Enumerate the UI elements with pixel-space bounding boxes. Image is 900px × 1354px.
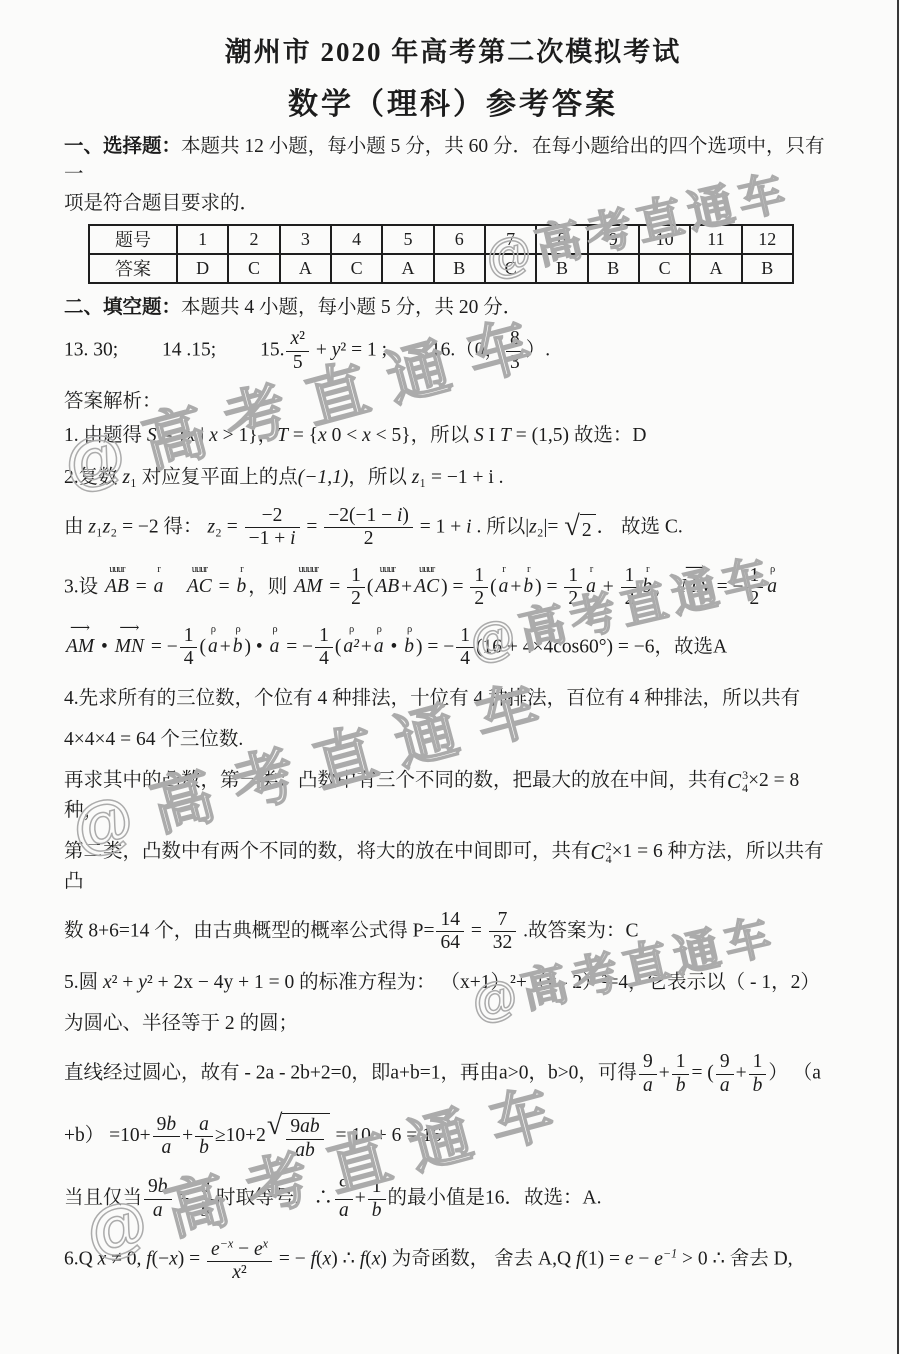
answer-table-header: 答案 (89, 254, 177, 283)
combination-subscript: 4 (742, 782, 748, 795)
math-var: b (372, 1200, 382, 1221)
fraction-numerator: 9 (639, 1052, 657, 1073)
radicand: 9abab (282, 1113, 329, 1162)
solution-line-16: 6.Q x ≠ 0, f(−x) = e−x − exx² = − f(x) ∴… (64, 1236, 842, 1284)
fraction-denominator: b (672, 1074, 690, 1096)
fraction-numerator: −2(−1 − i) (324, 506, 413, 527)
radical-sign: √ (564, 512, 580, 542)
fraction-denominator: x² (207, 1261, 272, 1283)
fraction-numerator: 1 (745, 566, 763, 587)
fraction-denominator: b (749, 1074, 767, 1096)
math-var: e (625, 1249, 634, 1270)
answer-cell: A (382, 254, 433, 283)
math-var: z (123, 467, 131, 488)
section-choice-intro: 一、选择题：本题共 12 小题，每小题 5 分，共 60 分．在每小题给出的四个… (64, 133, 842, 218)
math-vector: uuuurAM (294, 573, 322, 600)
vector-arrow-mark: uuur (419, 565, 434, 576)
question-number-cell: 4 (331, 225, 382, 254)
question-number-cell: 9 (588, 225, 639, 254)
math-var: a (643, 1075, 653, 1096)
fraction-denominator: a (639, 1074, 657, 1096)
question-number-cell: 1 (177, 225, 228, 254)
vector-base: a² (343, 636, 359, 657)
vector-base: MN (115, 636, 144, 657)
math-var: i (290, 528, 295, 549)
vector-base: a (374, 636, 384, 657)
math-var: S (474, 425, 484, 446)
solution-line-15: 当且仅当9ba = ab时取等号，∴9a+1b的最小值是16．故选：A. (64, 1176, 842, 1222)
question-number-cell: 5 (382, 225, 433, 254)
fraction-denominator: b (195, 1136, 213, 1158)
math-var: i (466, 516, 471, 537)
math-fraction: e−x − exx² (207, 1237, 272, 1283)
math-var: a (162, 1137, 172, 1158)
solution-line-2: 2.复数 z₁ 对应复平面上的点(−1,1)，所以 z₁ = −1 + i . (64, 464, 842, 491)
math-var: b (676, 1075, 686, 1096)
math-fraction: 12 (347, 566, 365, 610)
math-var: x (169, 1249, 178, 1270)
math-var: (−1,1) (298, 467, 349, 488)
vector-arrow-mark: r (590, 565, 593, 576)
fraction-denominator: 2 (470, 587, 488, 609)
vector-base: a (208, 636, 218, 657)
math-var: b (158, 1176, 168, 1197)
math-var: T (500, 425, 511, 446)
math-fraction: 9a (335, 1177, 353, 1221)
math-sqrt: √2 (564, 512, 595, 544)
radical-sign: √ (267, 1111, 283, 1141)
fraction-numerator: 8 (506, 329, 524, 350)
math-vector: uuurAB (375, 573, 399, 600)
vector-base: AC (414, 576, 439, 597)
math-vector: ρa (767, 573, 777, 600)
math-var: x (103, 972, 112, 993)
answer-cell: A (690, 254, 741, 283)
math-var: f (360, 1249, 365, 1270)
vector-arrow-mark: ρ (272, 625, 276, 636)
fraction-denominator: 4 (180, 647, 198, 669)
math-fraction: 83 (506, 329, 524, 373)
math-fraction: 732 (489, 910, 517, 954)
vector-base: a (767, 576, 777, 597)
math-var: b (199, 1137, 209, 1158)
section1-desc-line2: 项是符合题目要求的． (64, 193, 259, 214)
math-combination: C34 (727, 767, 748, 796)
vector-base: a (499, 576, 509, 597)
math-fraction: 12 (470, 566, 488, 610)
solution-line-8: 再求其中的凸数，第一类：凸数中有三个不同的数，把最大的放在中间，共有C34×2 … (64, 767, 842, 824)
math-power: e−1 (654, 1249, 677, 1270)
combination-base: C (727, 767, 741, 796)
answer-table: 题号123456789101112答案DCACABCBBCAB (88, 224, 794, 284)
answer-table-answer-row: 答案DCACABCBBCAB (89, 254, 793, 283)
section-blank-intro: 二、填空题：本题共 4 小题，每小题 5 分，共 20 分． (64, 294, 842, 322)
fraction-numerator: a (195, 1115, 213, 1136)
math-var: y (332, 340, 341, 361)
math-var: ab (300, 1116, 320, 1137)
math-vector: uuurAC (187, 573, 212, 600)
math-fraction: −2(−1 − i)2 (324, 506, 413, 550)
fraction-denominator: 2 (745, 587, 763, 609)
math-fraction: 14 (180, 626, 198, 670)
fraction-numerator: e−x − ex (207, 1237, 272, 1261)
math-var: b (753, 1075, 763, 1096)
math-vector: ra (586, 573, 596, 600)
math-var: x (187, 425, 196, 446)
fraction-denominator: 32 (489, 931, 517, 953)
math-fraction: 1464 (436, 910, 464, 954)
math-var: ab (295, 1140, 315, 1161)
math-vector: ρa (208, 633, 218, 660)
combination-base: C (591, 838, 605, 867)
vector-arrow-mark: r (502, 565, 505, 576)
vector-base: AB (375, 576, 399, 597)
vector-arrow-mark: ρ (407, 625, 411, 636)
math-fraction: 12 (564, 566, 582, 610)
math-vector: ρa (374, 633, 384, 660)
answer-cell: D (177, 254, 228, 283)
vector-base: b (404, 636, 414, 657)
vector-arrow-mark: r (240, 565, 243, 576)
math-vector: ⟶MN (680, 573, 709, 600)
solution-line-3: 由 z₁z₂ = −2 得： z₂ = −2−1 + i = −2(−1 − i… (64, 505, 842, 551)
math-fraction: 12 (621, 566, 639, 610)
radicand: 2 (580, 514, 596, 544)
exponent: −1 (663, 1246, 677, 1260)
solution-line-7: 4×4×4 = 64 个三位数. (64, 726, 842, 753)
math-vector: ρb (404, 633, 414, 660)
math-var: x (372, 1249, 381, 1270)
question-number-cell: 8 (536, 225, 587, 254)
math-fraction: ab (196, 1177, 214, 1221)
math-vector: rb (237, 573, 247, 600)
answer-cell: A (280, 254, 331, 283)
fraction-denominator: 3 (506, 351, 524, 373)
fraction-numerator: a (196, 1177, 214, 1198)
math-var: S (147, 425, 157, 446)
vector-base: b (642, 576, 652, 597)
math-var: y (138, 972, 147, 993)
math-fraction: 1b (749, 1052, 767, 1096)
math-vector: ρa² (343, 633, 359, 660)
fraction-denominator: 2 (347, 587, 365, 609)
math-fraction: 14 (315, 626, 333, 670)
math-var: z (88, 516, 96, 537)
math-fraction: 9ba (144, 1177, 172, 1221)
vector-base: AM (294, 576, 322, 597)
section1-label: 一、选择题： (64, 136, 181, 157)
fraction-numerator: 1 (456, 626, 474, 647)
combination-indices: 24 (606, 840, 612, 865)
math-var: x (98, 1249, 107, 1270)
vector-arrow-mark: uuur (380, 565, 395, 576)
solution-line-5: ⟶AM • ⟶MN = −14(ρa+ρb) • ρa = −14(ρa²+ρa… (64, 625, 842, 671)
math-var: f (146, 1249, 151, 1270)
math-fraction: 9abab (286, 1117, 323, 1161)
vector-arrow-mark: ⟶ (70, 622, 90, 636)
math-var: x (323, 1249, 332, 1270)
math-vector: rb (642, 573, 652, 600)
vector-base: b (523, 576, 533, 597)
fraction-denominator: a (153, 1136, 181, 1158)
vector-arrow-mark: ⟶ (685, 562, 705, 576)
question-number-cell: 11 (690, 225, 741, 254)
math-var: z (103, 516, 111, 537)
math-combination: C24 (591, 838, 612, 867)
solution-lines: 1. 由题得 S = {x | x > 1}，T = {x 0 < x < 5}… (64, 422, 842, 1284)
math-fraction: 9a (716, 1052, 734, 1096)
math-var: z (529, 516, 537, 537)
math-vector: uuurAC (414, 573, 439, 600)
document-page: 潮州市 2020 年高考第二次模拟考试 数学（理科）参考答案 一、选择题：本题共… (0, 0, 900, 1354)
fraction-numerator: 1 (368, 1177, 386, 1198)
math-vector: ra (154, 573, 164, 600)
vector-base: AB (105, 576, 129, 597)
solution-line-11: 5.圆 x² + y² + 2x − 4y + 1 = 0 的标准方程为： （x… (64, 969, 842, 996)
solution-line-4: 3.设 uuurAB = ra uuurAC = rb，则 uuuurAM = … (64, 565, 842, 611)
answer-cell: B (588, 254, 639, 283)
math-fraction: 9a (639, 1052, 657, 1096)
math-fraction: ab (195, 1115, 213, 1159)
fraction-numerator: 1 (672, 1052, 690, 1073)
fraction-numerator: −2 (245, 506, 300, 527)
answer-cell: C (331, 254, 382, 283)
answer-cell: C (639, 254, 690, 283)
math-sqrt: √9abab (267, 1111, 330, 1162)
math-var: x (232, 1262, 241, 1283)
fraction-denominator: a (335, 1199, 353, 1221)
math-var: x (290, 328, 299, 349)
vector-arrow-mark: r (527, 565, 530, 576)
answer-cell: C (228, 254, 279, 283)
question-number-cell: 2 (228, 225, 279, 254)
exponent: x (263, 1236, 268, 1250)
page-title: 潮州市 2020 年高考第二次模拟考试 (64, 30, 842, 69)
math-fraction: 1b (672, 1052, 690, 1096)
math-fraction: 14 (456, 626, 474, 670)
fraction-numerator: 9ab (286, 1117, 323, 1138)
fraction-numerator: 9b (144, 1177, 172, 1198)
fraction-numerator: x² (286, 329, 309, 350)
fraction-denominator: −1 + i (245, 527, 300, 549)
math-var: z (207, 516, 215, 537)
math-var: a (339, 1200, 349, 1221)
math-vector: rb (523, 573, 533, 600)
math-fraction: x²5 (286, 329, 309, 373)
solution-line-6: 4.先求所有的三位数，个位有 4 种排法，十位有 4 种排法，百位有 4 种排法… (64, 685, 842, 712)
section2-label: 二、填空题： (64, 297, 181, 318)
solution-line-14: +b） =10+9ba+ab≥10+2√9abab = 10 + 6 = 16 (64, 1111, 842, 1162)
math-var: a (199, 1114, 209, 1135)
question-number-cell: 10 (639, 225, 690, 254)
vector-base: AM (66, 636, 94, 657)
fraction-denominator: a (716, 1074, 734, 1096)
vector-arrow-mark: ρ (377, 625, 381, 636)
fraction-denominator: 4 (456, 647, 474, 669)
fraction-denominator: ab (286, 1139, 323, 1161)
vector-arrow-mark: uuur (109, 565, 124, 576)
vector-base: AC (187, 576, 212, 597)
solution-line-10: 数 8+6=14 个，由古典概型的概率公式得 P=1464 = 732 .故答案… (64, 909, 842, 955)
combination-indices: 34 (742, 769, 748, 794)
fraction-numerator: 1 (180, 626, 198, 647)
math-vector: ra (499, 573, 509, 600)
solution-line-1: 1. 由题得 S = {x | x > 1}，T = {x 0 < x < 5}… (64, 422, 842, 449)
fraction-denominator: a (144, 1199, 172, 1221)
vector-base: a (154, 576, 164, 597)
answer-table-header: 题号 (89, 225, 177, 254)
scan-edge-artifact (897, 0, 899, 1354)
math-var: x (362, 425, 371, 446)
math-vector: ⟶AM (66, 633, 94, 660)
math-fraction: 12 (745, 566, 763, 610)
page-subtitle: 数学（理科）参考答案 (64, 79, 842, 123)
math-var: f (576, 1249, 581, 1270)
math-fraction: 9ba (153, 1115, 181, 1159)
solution-line-13: 直线经过圆心，故有 - 2a - 2b+2=0，即a+b=1，再由a>0，b>0… (64, 1051, 842, 1097)
math-var: z (412, 467, 420, 488)
math-power: e−x (211, 1239, 233, 1260)
vector-arrow-mark: uuuur (299, 565, 319, 576)
fraction-numerator: 1 (347, 566, 365, 587)
solution-line-9: 第二类，凸数中有两个不同的数，将大的放在中间即可，共有C24×1 = 6 种方法… (64, 838, 842, 895)
fraction-numerator: 7 (489, 910, 517, 931)
fraction-numerator: 1 (315, 626, 333, 647)
answer-table-number-row: 题号123456789101112 (89, 225, 793, 254)
fraction-numerator: 9b (153, 1115, 181, 1136)
vector-arrow-mark: ρ (211, 625, 215, 636)
vector-base: MN (680, 576, 709, 597)
math-vector: ρb (233, 633, 243, 660)
vector-base: b (233, 636, 243, 657)
fraction-numerator: 1 (621, 566, 639, 587)
math-fraction: −2−1 + i (245, 506, 300, 550)
vector-arrow-mark: uuur (192, 565, 207, 576)
vector-base: a (586, 576, 596, 597)
vector-base: b (237, 576, 247, 597)
math-var: x (209, 425, 218, 446)
math-var: b (166, 1114, 176, 1135)
math-vector: uuurAB (105, 573, 129, 600)
math-var: b (200, 1200, 210, 1221)
math-vector: ⟶MN (115, 633, 144, 660)
math-var: a (153, 1200, 163, 1221)
math-var: i (397, 505, 402, 526)
combination-superscript: 2 (606, 840, 612, 853)
fraction-denominator: 4 (315, 647, 333, 669)
vector-arrow-mark: ρ (349, 625, 353, 636)
math-var: a (720, 1075, 730, 1096)
question-number-cell: 6 (434, 225, 485, 254)
analysis-label: 答案解析： (64, 388, 842, 416)
math-var: f (311, 1249, 316, 1270)
answer-cell: C (485, 254, 536, 283)
math-vector: ρa (270, 633, 280, 660)
math-fraction: 1b (368, 1177, 386, 1221)
fraction-denominator: 2 (564, 587, 582, 609)
question-number-cell: 12 (742, 225, 793, 254)
fraction-denominator: b (196, 1199, 214, 1221)
answer-cell: B (536, 254, 587, 283)
fraction-numerator: 9 (335, 1177, 353, 1198)
fraction-numerator: 14 (436, 910, 464, 931)
answer-cell: B (742, 254, 793, 283)
math-var: T (277, 425, 288, 446)
fraction-denominator: 2 (324, 527, 413, 549)
fraction-denominator: 5 (286, 351, 309, 373)
fill-in-answers: 13. 30; 14 .15; 15.x²5 + y² = 1 ; 16.（0，… (64, 328, 842, 374)
math-var: x (318, 425, 327, 446)
fraction-numerator: 9 (716, 1052, 734, 1073)
vector-arrow-mark: r (157, 565, 160, 576)
vector-arrow-mark: ⟶ (119, 622, 139, 636)
combination-subscript: 4 (606, 853, 612, 866)
fraction-denominator: b (368, 1199, 386, 1221)
fraction-denominator: 64 (436, 931, 464, 953)
exponent: −x (220, 1236, 234, 1250)
section2-desc: 本题共 4 小题，每小题 5 分，共 20 分． (181, 297, 522, 318)
vector-arrow-mark: ρ (770, 565, 774, 576)
answer-cell: B (434, 254, 485, 283)
math-var: a (200, 1176, 210, 1197)
vector-arrow-mark: r (646, 565, 649, 576)
fraction-numerator: 1 (749, 1052, 767, 1073)
fraction-denominator: 2 (621, 587, 639, 609)
fraction-numerator: 1 (470, 566, 488, 587)
vector-base: a (270, 636, 280, 657)
fraction-numerator: 1 (564, 566, 582, 587)
question-number-cell: 7 (485, 225, 536, 254)
question-number-cell: 3 (280, 225, 331, 254)
solution-line-12: 为圆心、半径等于 2 的圆； (64, 1010, 842, 1037)
math-power: ex (254, 1239, 268, 1260)
vector-arrow-mark: ρ (235, 625, 239, 636)
